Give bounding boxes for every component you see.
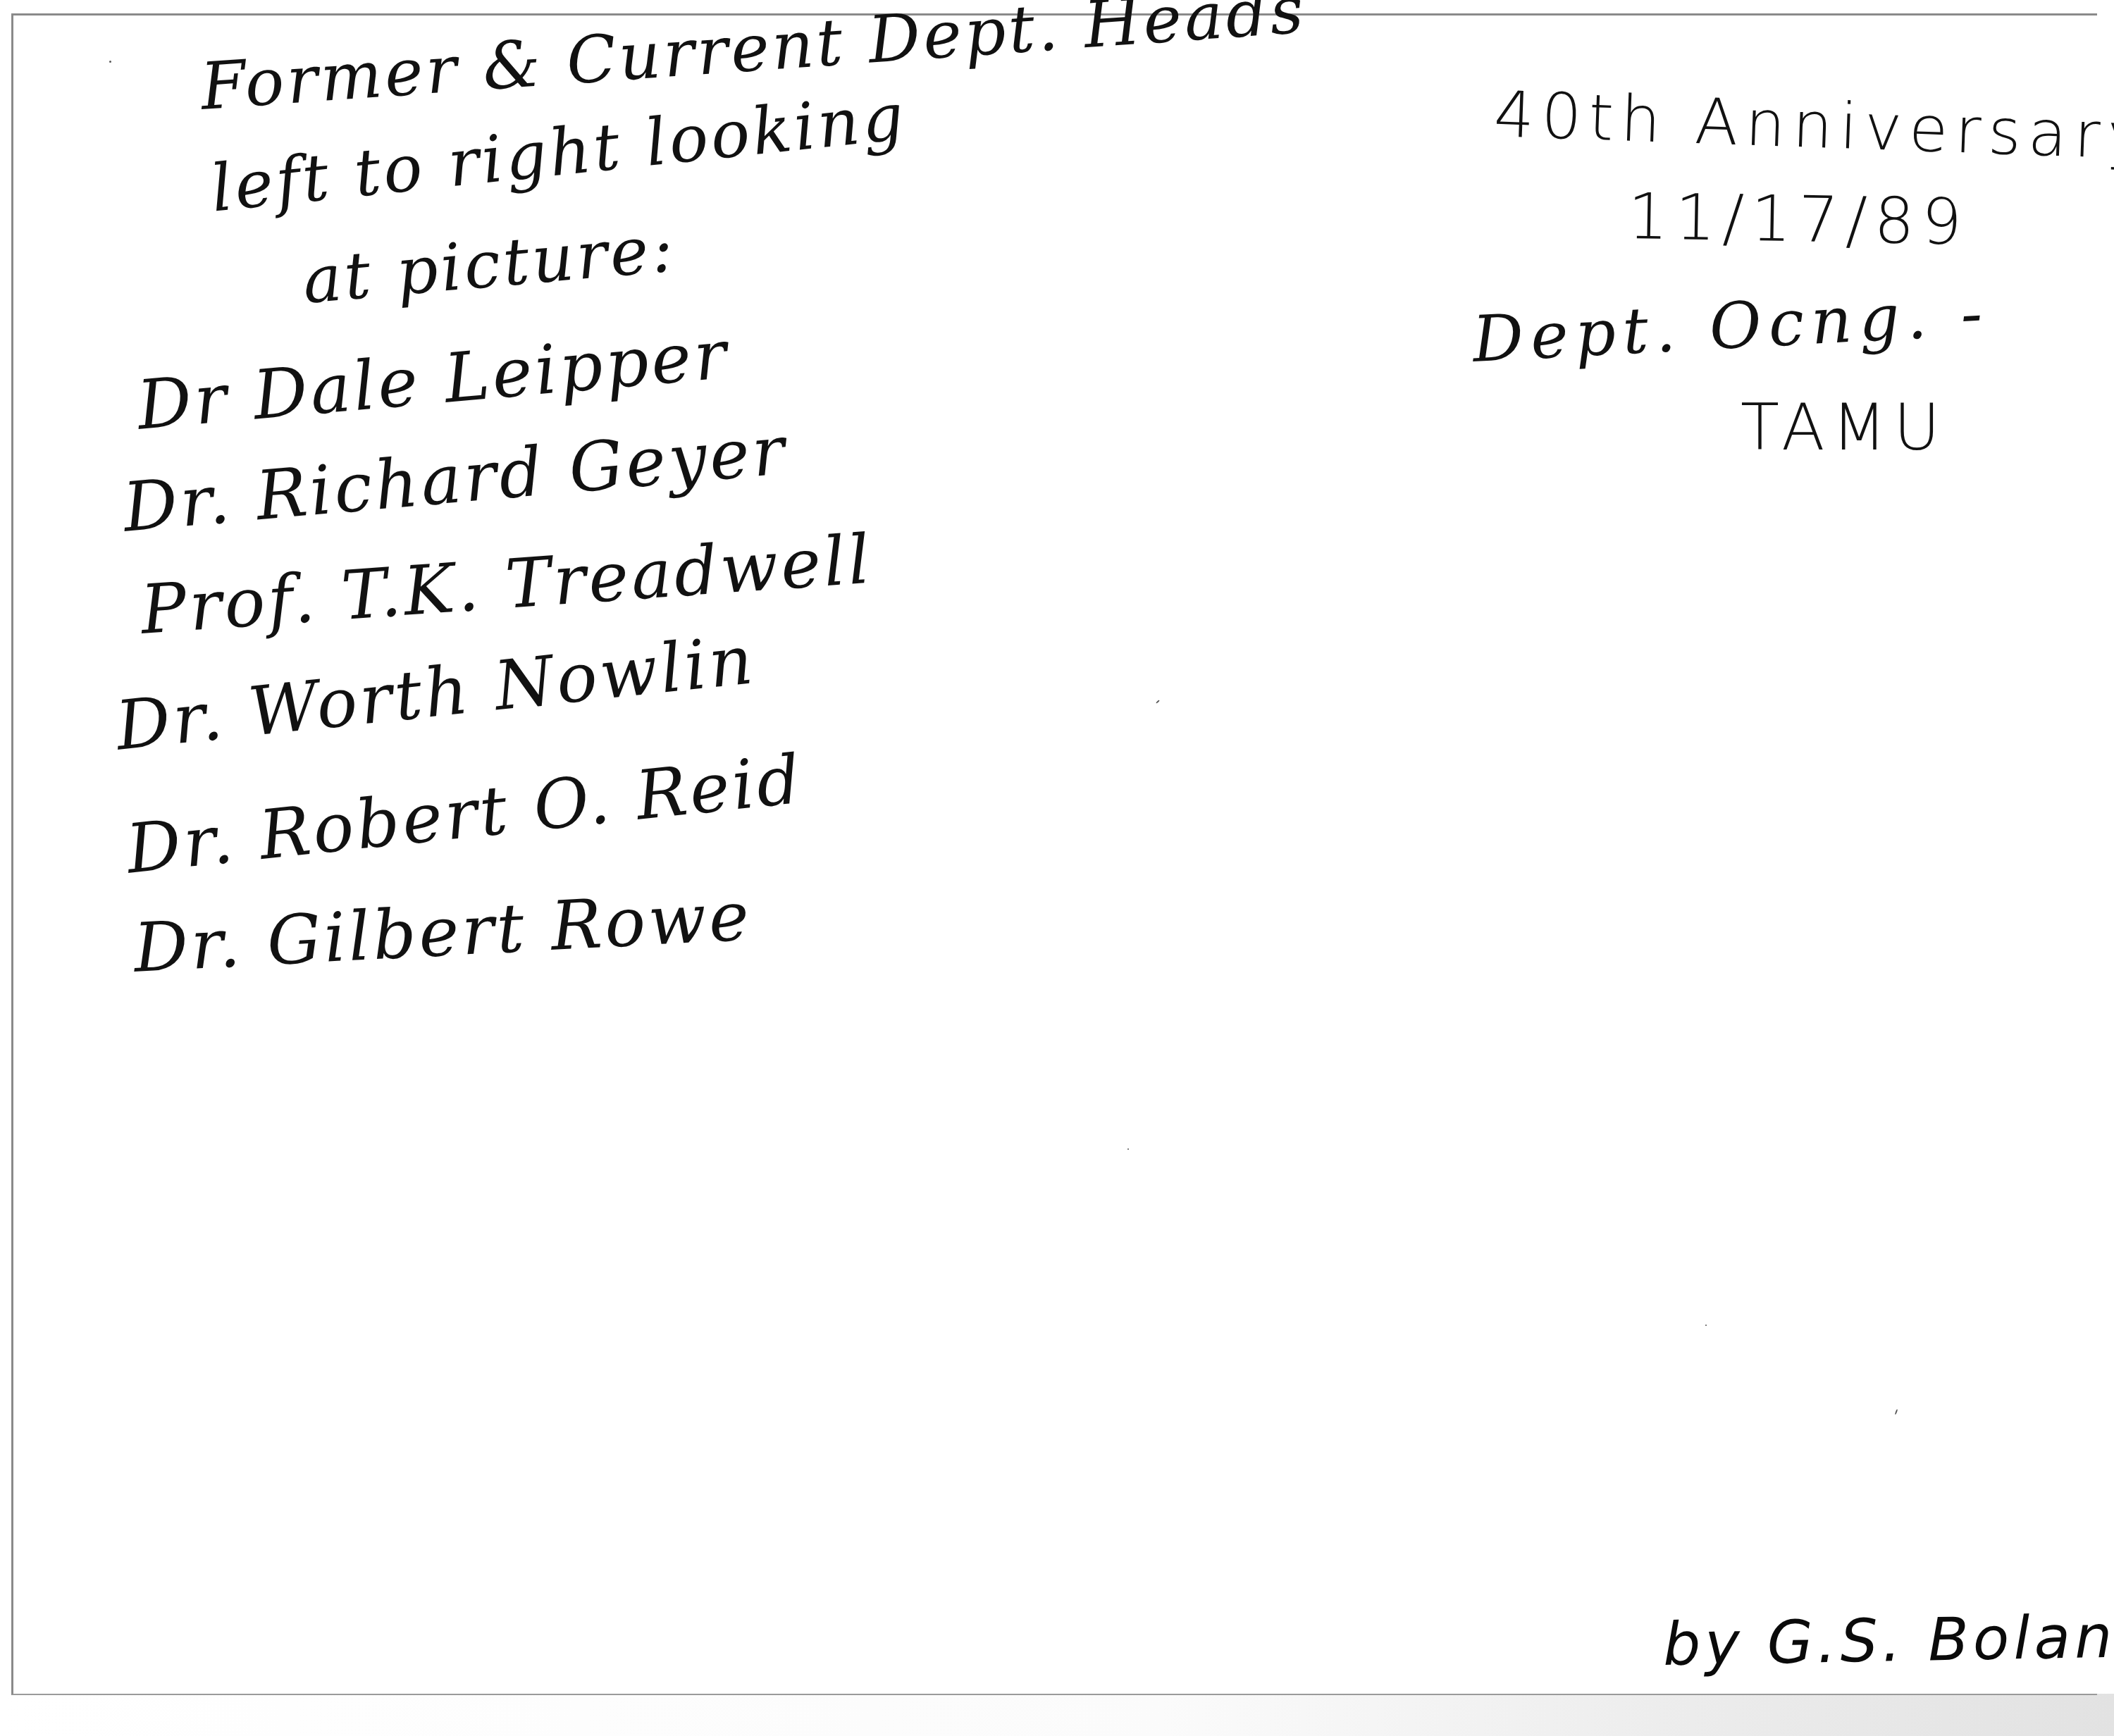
- author-signature: by G.S. Boland: [1662, 1601, 2114, 1679]
- note-institution: TAMU: [1741, 391, 1947, 465]
- scan-speck: [1127, 1148, 1129, 1150]
- scanner-bed-strip: [0, 1694, 2114, 1736]
- note-date: 11/17/89: [1627, 180, 1970, 259]
- scan-speck: [109, 61, 111, 63]
- scan-speck: [1705, 1325, 1707, 1326]
